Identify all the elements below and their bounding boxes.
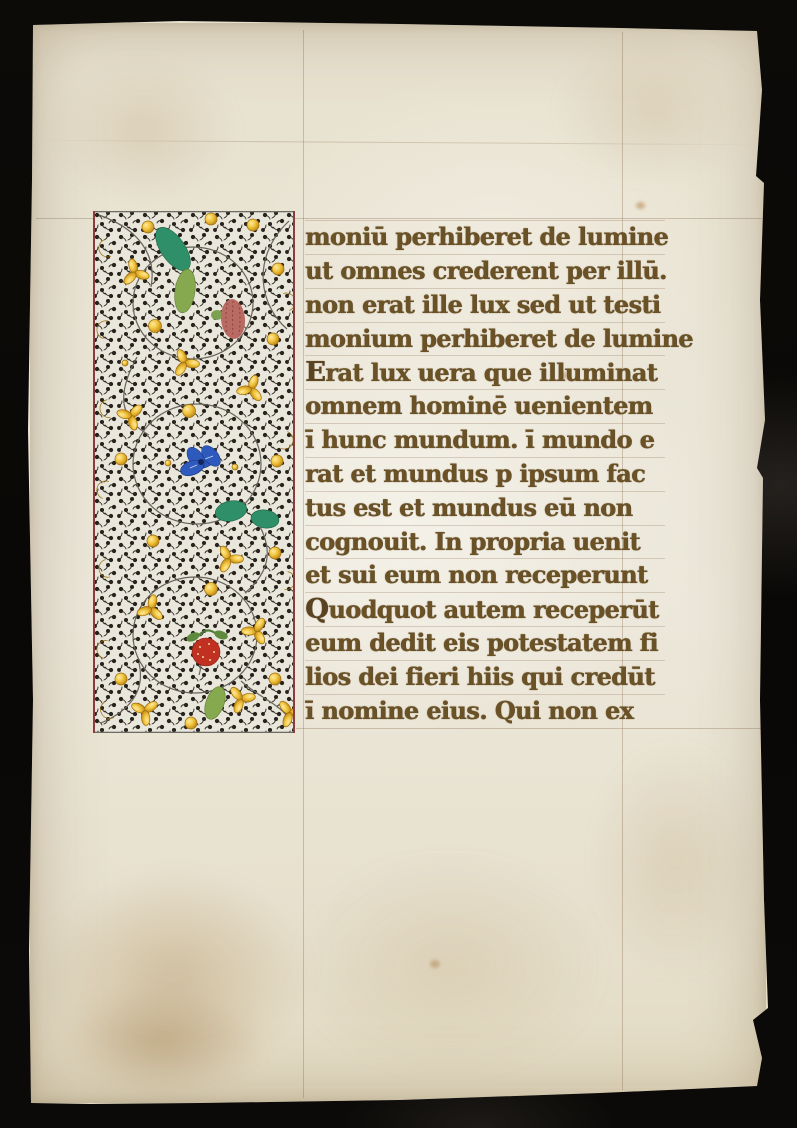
text-line: ī nomine eius. Qui non ex bbox=[305, 694, 665, 728]
text-line: eum dedit eis potestatem fi bbox=[305, 626, 665, 660]
text-line: ut omnes crederent per illū. bbox=[305, 254, 665, 288]
text-line: monium perhiberet de lumine bbox=[305, 322, 665, 356]
text-line: ī hunc mundum. ī mundo e bbox=[305, 423, 665, 457]
text-line: rat et mundus p ipsum fac bbox=[305, 457, 665, 491]
parchment-stain bbox=[55, 985, 265, 1100]
photo-stage: moniū perhiberet de lumine ut omnes cred… bbox=[0, 0, 797, 1128]
parchment-stain bbox=[48, 55, 238, 205]
foxing-spot bbox=[636, 202, 645, 209]
text-line: omnem hominē uenientem bbox=[305, 389, 665, 423]
parchment-stain bbox=[555, 35, 755, 185]
text-line: non erat ille lux sed ut testi bbox=[305, 288, 665, 322]
text-line: tus est et mundus eū non bbox=[305, 491, 665, 525]
manuscript-leaf: moniū perhiberet de lumine ut omnes cred… bbox=[0, 0, 797, 1128]
parchment-stain bbox=[40, 870, 310, 1080]
illuminated-border-panel bbox=[93, 211, 295, 733]
text-line: Erat lux uera que illuminat bbox=[305, 355, 665, 389]
text-line: Quodquot autem receperūt bbox=[305, 592, 665, 626]
foxing-spot bbox=[430, 960, 440, 968]
ruling-line-horizontal-bottom bbox=[296, 728, 762, 729]
parchment-stain bbox=[590, 740, 760, 980]
text-line: lios dei fieri hiis qui credūt bbox=[305, 660, 665, 694]
parchment-crease bbox=[36, 140, 762, 145]
parchment-stain bbox=[290, 850, 610, 1080]
text-block: moniū perhiberet de lumine ut omnes cred… bbox=[305, 220, 665, 728]
text-line: moniū perhiberet de lumine bbox=[305, 220, 665, 254]
text-line: et sui eum non receperunt bbox=[305, 558, 665, 592]
text-line: cognouit. In propria uenit bbox=[305, 525, 665, 559]
ruling-line-vertical-left bbox=[303, 30, 304, 1098]
